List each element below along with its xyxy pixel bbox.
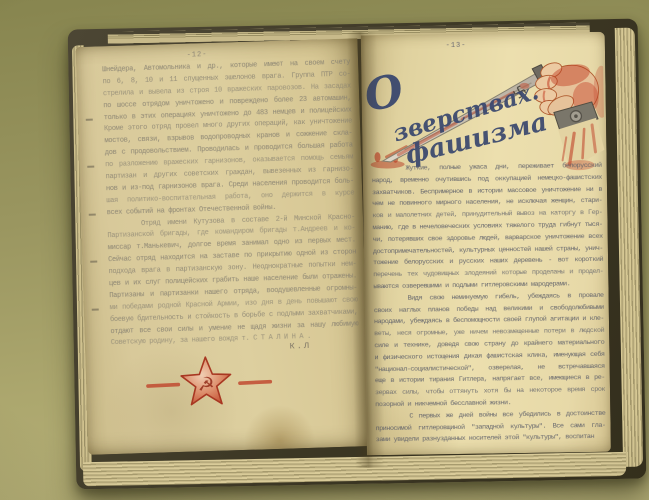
right-page: -13- <box>361 32 611 456</box>
book: -12- Шнейдера, Автомольника и др., котор… <box>68 19 647 490</box>
photo-of-open-book: { "book": { "left_page": { "page_number"… <box>0 0 649 500</box>
divider-dash-right <box>238 380 272 385</box>
left-page: -12- Шнейдера, Автомольника и др., котор… <box>75 38 370 455</box>
bloody-dagger-illustration: О зверствах. фашизма <box>363 46 605 178</box>
divider-dash-left <box>146 383 180 388</box>
hammer-sickle-icon: ☭ <box>197 373 215 396</box>
title-letter-o: О <box>363 65 408 122</box>
red-star-emblem: ☭ <box>113 352 305 420</box>
left-page-text: Шнейдера, Автомольника и др., которые им… <box>102 57 359 350</box>
right-page-text: Жуткие, полные ужаса дни, переживает бел… <box>372 161 606 448</box>
title-illustration: О зверствах. фашизма <box>363 46 605 178</box>
red-star-divider: ☭ <box>113 352 305 420</box>
typewritten-line: зами увидели разнузданных носителей этой… <box>376 432 606 447</box>
